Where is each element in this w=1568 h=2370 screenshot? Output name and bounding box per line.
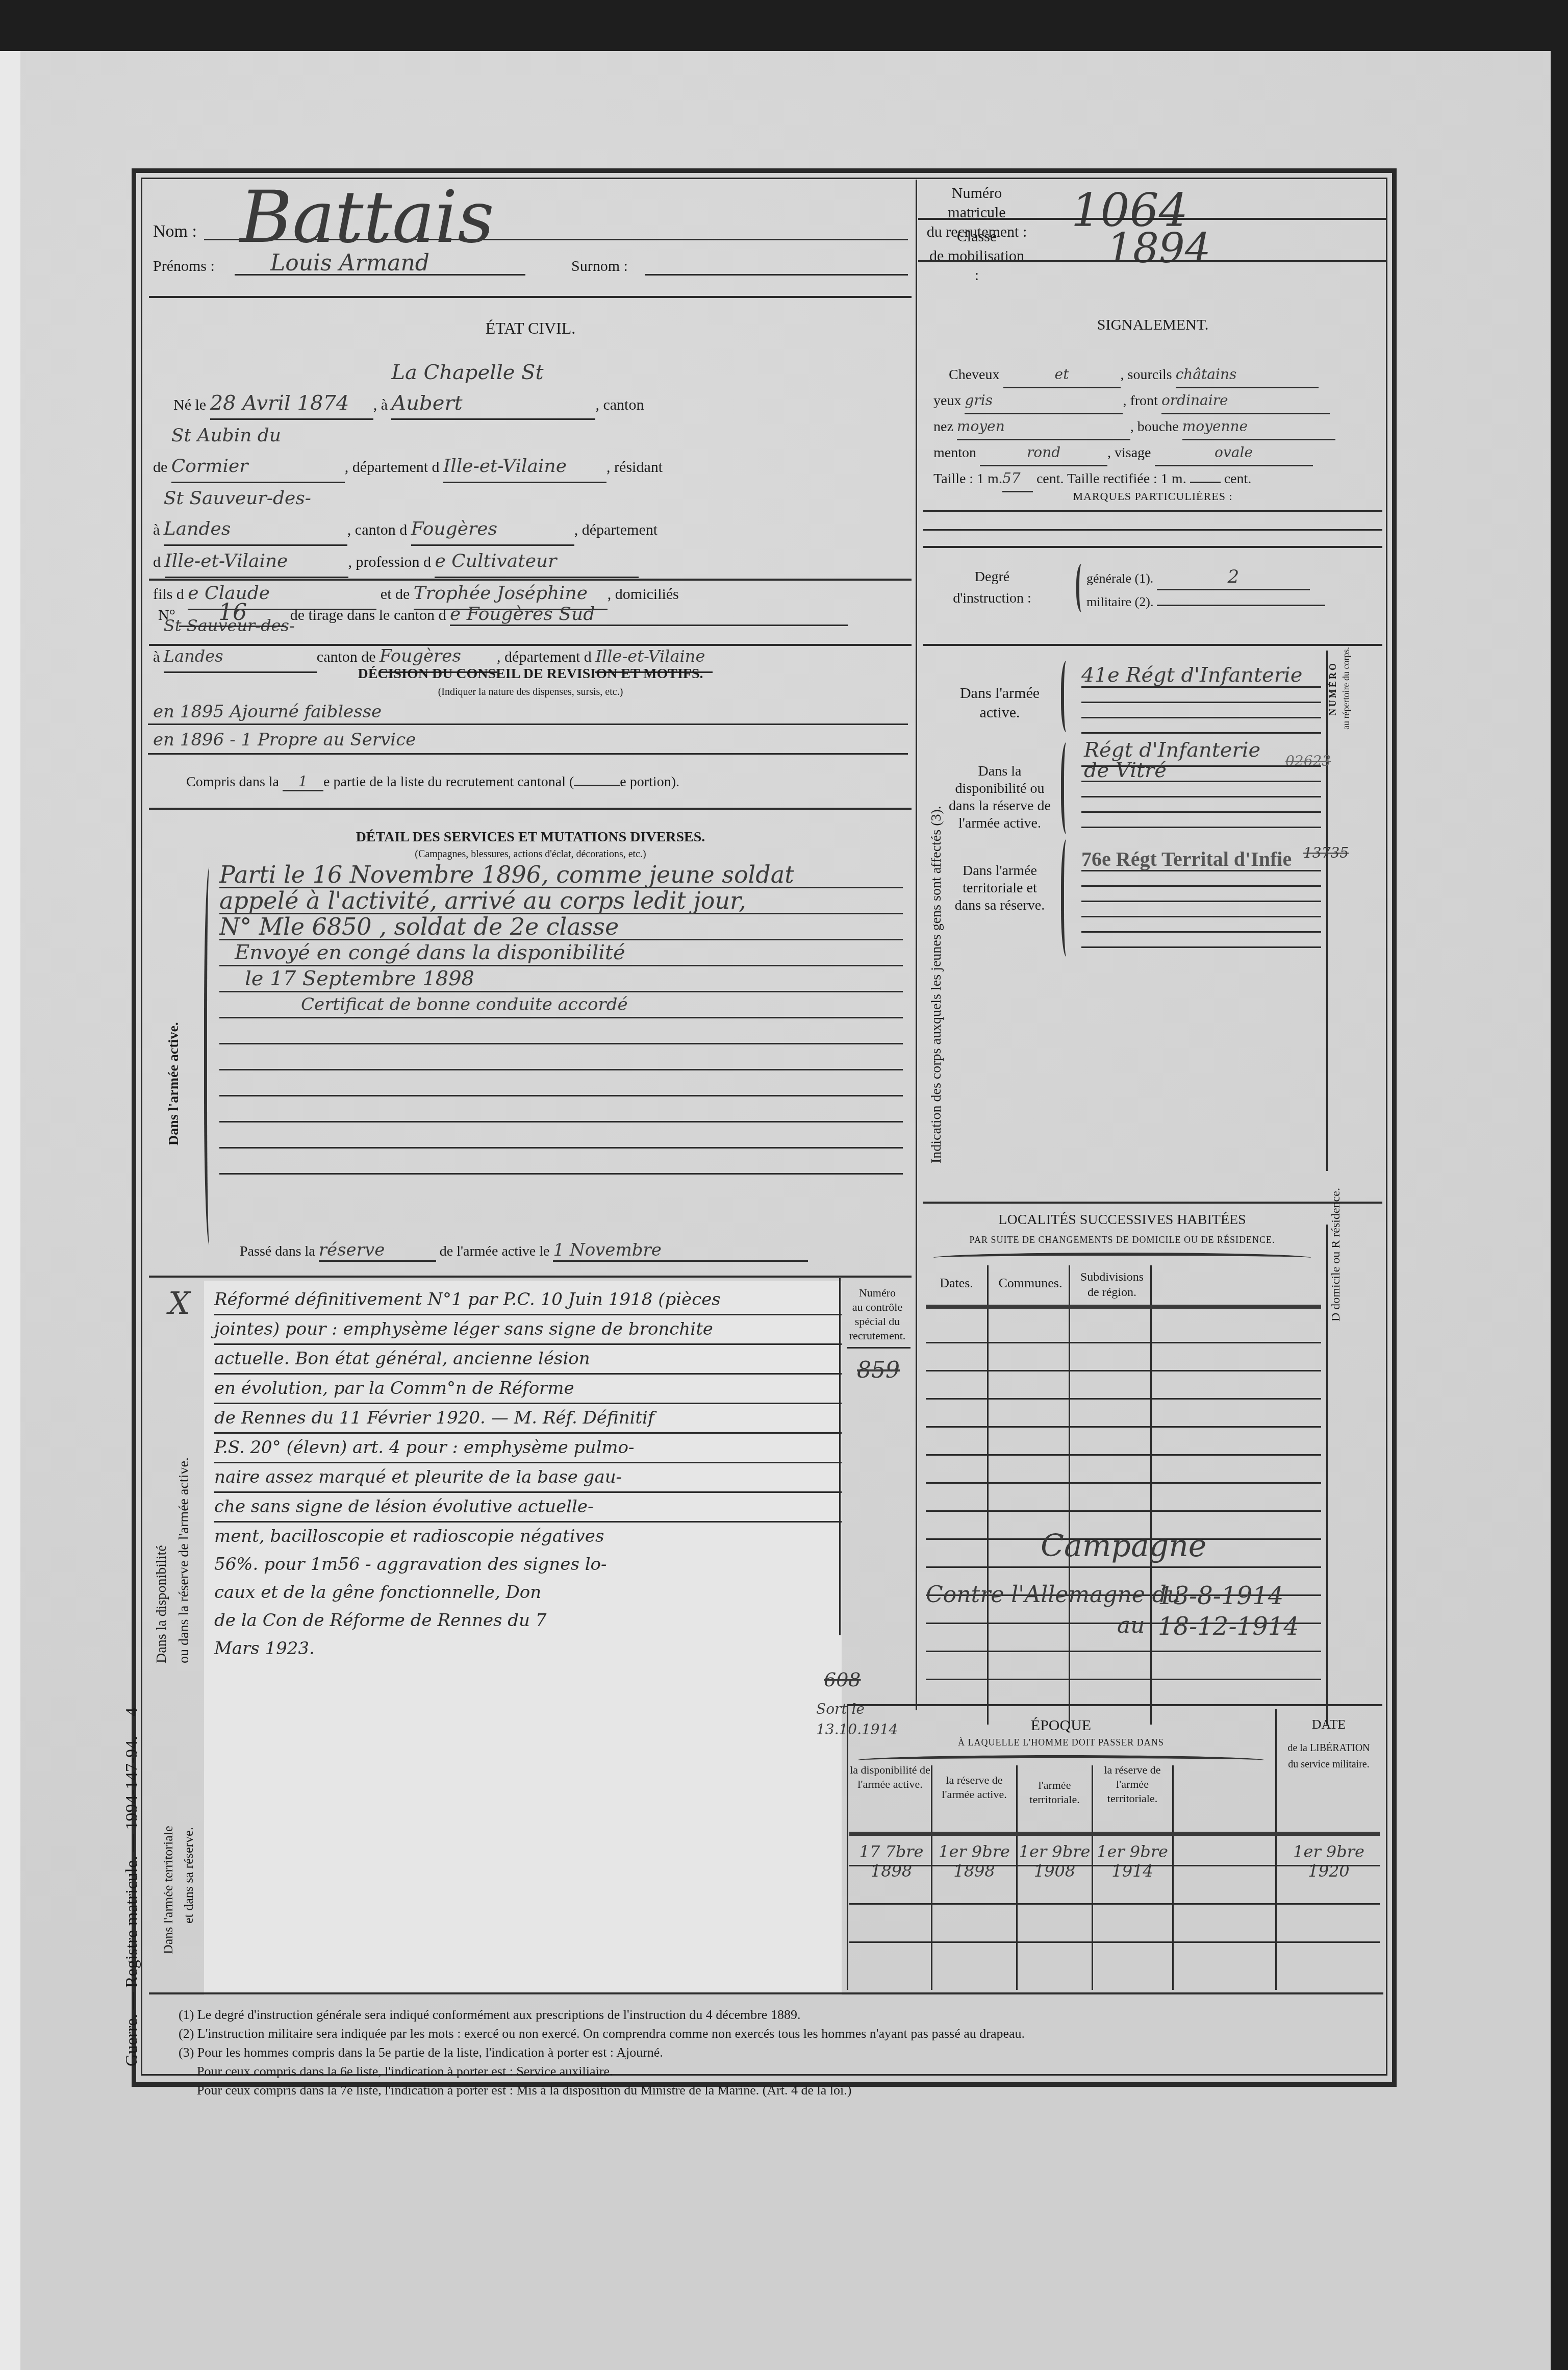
col-communes: Communes. bbox=[992, 1276, 1069, 1291]
birthplace: La Chapelle St Aubert bbox=[391, 357, 595, 420]
divider bbox=[149, 808, 912, 810]
row-line bbox=[926, 1370, 1321, 1371]
epoque-value-2: 1er 9bre 1898 bbox=[933, 1842, 1015, 1881]
reserve-lines: Réformé définitivement N°1 par P.C. 10 J… bbox=[214, 1286, 842, 1663]
corps-line bbox=[1081, 946, 1321, 948]
decision-line-2: en 1896 - 1 Propre au Service bbox=[153, 730, 416, 750]
campagne-line-1: Contre l'Allemagne du bbox=[926, 1582, 1181, 1608]
corps-group-2-label: Dans la disponibilité ou dans la réserve… bbox=[949, 763, 1051, 832]
epoque-title: ÉPOQUE bbox=[849, 1717, 1273, 1734]
divider bbox=[918, 260, 1387, 262]
prenoms-label: Prénoms : bbox=[153, 258, 215, 275]
profession: e Cultivateur bbox=[435, 546, 639, 578]
campagne-line-2: au bbox=[1117, 1612, 1145, 1638]
corps-line bbox=[1081, 686, 1321, 688]
col-dates: Dates. bbox=[926, 1276, 987, 1291]
signalement-title: SIGNALEMENT. bbox=[918, 316, 1387, 334]
passe-value: réserve bbox=[319, 1240, 436, 1262]
divider bbox=[149, 1992, 1383, 1994]
residence-canton: Fougères bbox=[411, 514, 574, 546]
birth-departement: Ille-et-Vilaine bbox=[443, 451, 606, 483]
divider bbox=[149, 296, 912, 298]
reserve-side-label: Dans la disponibilité ou dans la réserve… bbox=[150, 1457, 195, 1663]
territoriale-side-label: Dans l'armée territoriale et dans sa rés… bbox=[158, 1826, 199, 1954]
epoque-left-border bbox=[847, 1704, 848, 1990]
etat-civil-title: ÉTAT CIVIL. bbox=[153, 319, 908, 338]
brace bbox=[1061, 839, 1074, 957]
header-rule bbox=[849, 1832, 1380, 1836]
taille-rectifiee-value bbox=[1190, 482, 1221, 483]
decision-line-1: en 1895 Ajourné faiblesse bbox=[153, 702, 382, 722]
controle-divider bbox=[839, 1278, 841, 1635]
book-spine bbox=[0, 51, 20, 2370]
corps-group-2-numero: 02623 bbox=[1285, 753, 1331, 769]
col-domicile-residence: D domicile ou R résidence. bbox=[1329, 1230, 1343, 1321]
sourcils-value: châtains bbox=[1176, 362, 1319, 388]
epoque-col-2: la réserve de l'armée active. bbox=[933, 1773, 1015, 1802]
side-imprint: Guerre. — Registre matricule. — 1994-147… bbox=[122, 1708, 142, 2066]
decision-underline bbox=[148, 753, 908, 755]
margin-mark: X bbox=[168, 1286, 190, 1321]
row-line bbox=[926, 1651, 1321, 1652]
tirage-canton: e Fougères Sud bbox=[450, 604, 848, 626]
portion-value bbox=[574, 785, 620, 786]
bouche-value: moyenne bbox=[1182, 414, 1335, 440]
column-divider bbox=[916, 180, 917, 1710]
col-divider bbox=[1092, 1765, 1093, 1990]
brace bbox=[1061, 661, 1074, 732]
nom-label: Nom : bbox=[153, 222, 197, 241]
corps-line bbox=[1081, 916, 1321, 917]
birth-date: 28 Avril 1874 bbox=[210, 388, 373, 420]
nom-value: Battais bbox=[240, 176, 494, 259]
birth-canton: St Aubin du Cormier bbox=[171, 420, 345, 483]
row-line bbox=[926, 1398, 1321, 1400]
surnom-label: Surnom : bbox=[571, 258, 628, 275]
col-divider bbox=[1150, 1265, 1152, 1725]
menton-value: rond bbox=[980, 440, 1107, 466]
brace bbox=[204, 867, 217, 1245]
compris-row: Compris dans la 1e partie de la liste du… bbox=[186, 773, 679, 791]
col-divider bbox=[931, 1765, 932, 1990]
cheveux-value: et bbox=[1003, 362, 1121, 388]
row-line bbox=[849, 1941, 1380, 1943]
corps-line bbox=[1081, 811, 1321, 813]
controle-underline bbox=[847, 1347, 911, 1349]
col-subdivisions: Subdivisions de région. bbox=[1074, 1269, 1150, 1300]
row-line bbox=[926, 1482, 1321, 1484]
localites-title: LOCALITÉS SUCCESSIVES HABITÉES bbox=[923, 1212, 1321, 1228]
ornament-brace bbox=[933, 1253, 1311, 1263]
corps-line bbox=[1081, 870, 1321, 871]
liberation-label: de la LIBÉRATION du service militaire. bbox=[1283, 1740, 1375, 1773]
front-value: ordinaire bbox=[1161, 388, 1330, 414]
compris-partie-value: 1 bbox=[283, 773, 323, 791]
epoque-subtitle: À LAQUELLE L'HOMME DOIT PASSER DANS bbox=[849, 1737, 1273, 1748]
taille-value: 57 bbox=[1002, 466, 1033, 492]
marques-line bbox=[923, 529, 1382, 531]
decision-title: DÉCISION DU CONSEIL DE REVISION ET MOTIF… bbox=[153, 666, 908, 682]
corps-line bbox=[1081, 901, 1321, 902]
corps-line bbox=[1081, 885, 1321, 887]
nez-value: moyen bbox=[957, 414, 1130, 440]
yeux-value: gris bbox=[965, 388, 1123, 414]
campagne-title: Campagne bbox=[1041, 1528, 1206, 1564]
services-side-label: Dans l'armée active. bbox=[166, 1022, 182, 1145]
tirage-number: 16 bbox=[179, 600, 286, 627]
instruction-militaire-value bbox=[1157, 605, 1325, 606]
surnom-underline bbox=[645, 274, 908, 276]
decision-underline bbox=[148, 724, 908, 725]
row-line bbox=[849, 1865, 1380, 1866]
row-line bbox=[926, 1679, 1321, 1680]
classe-value: 1894 bbox=[1107, 224, 1211, 272]
epoque-col-1: la disponibilité de l'armée active. bbox=[849, 1763, 931, 1791]
brace bbox=[1061, 742, 1074, 834]
residence: St Sauveur-des-Landes bbox=[164, 483, 347, 546]
row-line bbox=[926, 1510, 1321, 1512]
classe-label: Classe de mobilisation : bbox=[926, 227, 1028, 285]
residence-departement: Ille-et-Vilaine bbox=[165, 546, 348, 578]
corps-line bbox=[1081, 781, 1321, 782]
tirage-row: N° 16 de tirage dans le canton d e Fougè… bbox=[158, 600, 848, 627]
controle-value: 859 bbox=[857, 1357, 900, 1383]
services-subtitle: (Campagnes, blessures, actions d'éclat, … bbox=[153, 849, 908, 860]
passe-row: Passé dans la réserve de l'armée active … bbox=[240, 1240, 808, 1262]
instruction-generale-value: 2 bbox=[1157, 565, 1310, 590]
marques-line bbox=[923, 510, 1382, 512]
instruction-fields: générale (1). 2 militaire (2). bbox=[1086, 565, 1325, 614]
numero-repertoire-label: NUMÉRO au répertoire du corps. bbox=[1326, 647, 1353, 730]
corps-group-1-label: Dans l'armée active. bbox=[949, 684, 1051, 722]
marques-title: MARQUES PARTICULIÈRES : bbox=[918, 490, 1387, 503]
services-lines: Parti le 16 Novembre 1896, comme jeune s… bbox=[219, 862, 903, 1175]
passe-date-value: 1 Novembre bbox=[553, 1240, 808, 1262]
liberation-title: DATE bbox=[1278, 1717, 1380, 1732]
corps-line bbox=[1081, 827, 1321, 828]
divider bbox=[149, 1276, 912, 1278]
row-line bbox=[926, 1342, 1321, 1343]
divider bbox=[923, 1202, 1382, 1204]
corps-group-3-numero: 13735 bbox=[1303, 844, 1349, 861]
divider bbox=[918, 218, 1387, 220]
row-line bbox=[926, 1566, 1321, 1568]
col-divider bbox=[1069, 1265, 1070, 1725]
prenoms-value: Louis Armand bbox=[270, 250, 429, 276]
divider bbox=[923, 546, 1382, 548]
epoque-value-3: 1er 9bre 1908 bbox=[1018, 1842, 1092, 1881]
liberation-value: 1er 9bre 1920 bbox=[1278, 1842, 1380, 1881]
footnotes: (1) Le degré d'instruction générale sera… bbox=[179, 2005, 1372, 2100]
divider bbox=[847, 1704, 1382, 1706]
campagne-to: 18-12-1914 bbox=[1158, 1612, 1299, 1641]
col-divider bbox=[1326, 1225, 1328, 1725]
corps-side-label: Indication des corps auxquels les jeunes… bbox=[928, 806, 945, 1163]
corps-line bbox=[1081, 931, 1321, 933]
services-title: DÉTAIL DES SERVICES ET MUTATIONS DIVERSE… bbox=[153, 829, 908, 845]
controle-value-2: 608 bbox=[824, 1668, 861, 1691]
epoque-value-4: 1er 9bre 1914 bbox=[1094, 1842, 1171, 1881]
visage-value: ovale bbox=[1155, 440, 1313, 466]
header-rule bbox=[926, 1305, 1321, 1309]
corps-line bbox=[1081, 796, 1321, 797]
epoque-value-1: 17 7bre 1898 bbox=[852, 1842, 931, 1881]
corps-group-2-entries: Régt d'Infanterie de Vitré bbox=[1084, 740, 1260, 781]
corps-line bbox=[1081, 765, 1321, 767]
degre-instruction-label: Degré d'instruction : bbox=[933, 566, 1051, 609]
epoque-col-4: la réserve de l'armée territoriale. bbox=[1094, 1763, 1171, 1806]
localites-subtitle: PAR SUITE DE CHANGEMENTS DE DOMICILE OU … bbox=[923, 1235, 1321, 1245]
divider bbox=[149, 579, 912, 581]
divider bbox=[923, 644, 1382, 646]
row-line bbox=[926, 1454, 1321, 1456]
corps-group-3-stamp: 76e Régt Territal d'Infie bbox=[1081, 847, 1292, 871]
signalement-block: Cheveux et, sourcils châtains yeux gris,… bbox=[933, 362, 1382, 492]
controle-label: Numéro au contrôle spécial du recrutemen… bbox=[842, 1286, 913, 1343]
divider bbox=[149, 644, 912, 646]
epoque-col-3: l'armée territoriale. bbox=[1018, 1778, 1092, 1807]
campagne-from: 13-8-1914 bbox=[1158, 1582, 1283, 1610]
corps-group-3-label: Dans l'armée territoriale et dans sa rés… bbox=[949, 862, 1051, 914]
liberation-divider bbox=[1275, 1709, 1277, 1990]
corps-group-1-entry: 41e Régt d'Infanterie bbox=[1081, 663, 1302, 687]
row-line bbox=[849, 1903, 1380, 1905]
col-divider bbox=[987, 1265, 989, 1725]
corps-line bbox=[1081, 717, 1321, 718]
col-divider bbox=[1172, 1765, 1174, 1990]
corps-line bbox=[1081, 732, 1321, 734]
corps-line bbox=[1081, 702, 1321, 703]
decision-subtitle: (Indiquer la nature des dispenses, sursi… bbox=[153, 686, 908, 698]
row-line bbox=[926, 1426, 1321, 1428]
